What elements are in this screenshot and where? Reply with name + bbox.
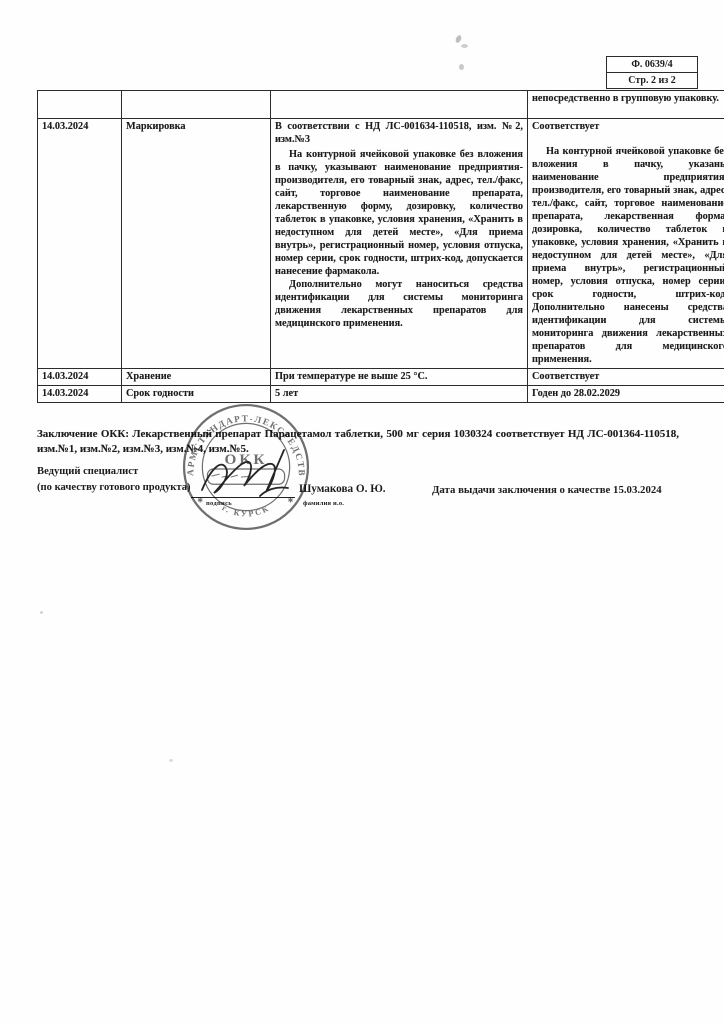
requirement-paragraph: Дополнительно могут наноситься средства … <box>275 278 523 330</box>
date-cell: 14.03.2024 <box>38 369 122 386</box>
result-cell: Соответствует <box>528 369 724 386</box>
requirement-cell: В соответствии с НД ЛС-001634-110518, из… <box>271 119 528 369</box>
parameter-cell-empty <box>122 91 271 119</box>
issue-date-line: Дата выдачи заключения о качестве 15.03.… <box>432 484 662 496</box>
parameter-cell: Маркировка <box>122 119 271 369</box>
document-page: Ф. 0639/4 Стр. 2 из 2 непосредственно в … <box>0 0 724 1024</box>
scan-noise <box>169 759 173 762</box>
parameter-cell: Хранение <box>122 369 271 386</box>
requirement-paragraph: В соответствии с НД ЛС-001634-110518, из… <box>275 120 523 146</box>
handwritten-signature-icon <box>196 446 314 508</box>
result-cell: Годен до 28.02.2029 <box>528 386 724 403</box>
form-number-box: Ф. 0639/4 Стр. 2 из 2 <box>606 56 698 89</box>
scan-noise <box>459 64 464 70</box>
table-row-shelf-life: 14.03.2024 Срок годности 5 лет Годен до … <box>38 386 724 403</box>
scan-noise <box>40 611 43 614</box>
requirement-cell: 5 лет <box>271 386 528 403</box>
requirement-paragraph: На контурной ячейковой упаковке без влож… <box>275 148 523 278</box>
date-cell-empty <box>38 91 122 119</box>
requirement-cell: При температуре не выше 25 °С. <box>271 369 528 386</box>
page-indicator: Стр. 2 из 2 <box>607 73 697 88</box>
result-cell: Соответствует На контурной ячейковой упа… <box>528 119 724 369</box>
form-number: Ф. 0639/4 <box>607 57 697 73</box>
quality-control-table: непосредственно в групповую упаковку. 14… <box>37 90 724 403</box>
specialist-role-line2: (по качеству готового продукта) <box>37 482 191 493</box>
table-row-continuation: непосредственно в групповую упаковку. <box>38 91 724 119</box>
result-paragraph: На контурной ячейковой упаковке без влож… <box>532 145 724 366</box>
continuation-text: непосредственно в групповую упаковку. <box>532 92 724 105</box>
table-row-storage: 14.03.2024 Хранение При температуре не в… <box>38 369 724 386</box>
date-cell: 14.03.2024 <box>38 119 122 369</box>
table-row-marking: 14.03.2024 Маркировка В соответствии с Н… <box>38 119 724 369</box>
specialist-role-line1: Ведущий специалист <box>37 466 138 477</box>
result-status: Соответствует <box>532 120 724 133</box>
requirement-cell-empty <box>271 91 528 119</box>
scan-noise <box>461 44 468 48</box>
okk-conclusion: Заключение ОКК: Лекарственный препарат П… <box>37 427 679 457</box>
result-cell-continuation: непосредственно в групповую упаковку. <box>528 91 724 119</box>
date-cell: 14.03.2024 <box>38 386 122 403</box>
scan-noise <box>455 34 463 43</box>
parameter-cell: Срок годности <box>122 386 271 403</box>
